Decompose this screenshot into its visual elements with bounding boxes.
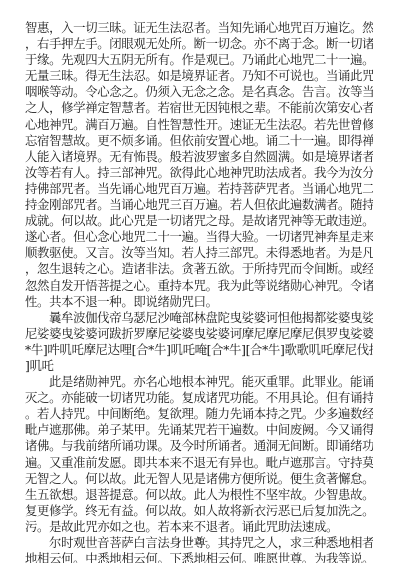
text-line: 汝等若有人。持三部神咒。欲得此心地神咒助法成者。我今为汝分别解脱之。 [25, 165, 373, 181]
text-line: 无量三昧。得无生法忍。如是境界证者。乃知不可说也。当诵此咒。不令口舌 [25, 68, 373, 84]
text-line: 。若人持咒。中间断绝。复欲理。随力先诵本持之咒。少多遍数经。发愿稽首 [25, 406, 373, 422]
text-line: 智惠，入一切三昧。证无生法忍者。当知先诵心地咒百万遍讫。然后结跏趺坐 [25, 20, 373, 36]
text-line: 灭之。亦能破一切诸咒功能。复成诸咒功能。不用具论。但有诵持。获验无量 [25, 390, 373, 406]
text-line: 污。是故此咒亦如之也。若本来不退者。诵此咒助法速成。 [25, 519, 373, 535]
text-line: 无智之人。何以故。此无智人见是诸佛方便所说。便生贪著懈怠。不勤精进。 [25, 471, 373, 487]
text-line: 毗卢遮那佛。弟子某甲。先诵某咒若干遍数。中间废阙。今又诵得若干遍。请 [25, 422, 373, 438]
text-line: 生五欲想。退菩提意。何以故。此人为根性不坚牢故。少智患故。入生死流。 [25, 487, 373, 503]
text-line: 于缘。先观四大五阴无所有。作是观已。乃诵此心地咒二十一遍。即自然得入 [25, 52, 373, 68]
text-line: 成就。何以故。此心咒是一切诸咒之母。是故诸咒神等无敢违逆。若所作者不 [25, 213, 373, 229]
text-line: ]叽吒 [25, 358, 373, 374]
text-line: 人能入诸境界。无有怖畏。般若波罗蜜多自然圆满。如是境界诸者乃知。言。 [25, 149, 373, 165]
text-line: 之人，修学禅定智慧者。若宿世无因钝根之辈。不能前次第安心者。但能空诵 [25, 100, 373, 116]
text-line: 诸佛。与我前绪所诵功课。及今时所诵者。通洞无间断。即诵绪功神咒一千八 [25, 438, 373, 454]
text-line: 地相云何。中悉地相云何。下悉地相云何。唯愿世尊。为我等说。令一切菩萨 [25, 551, 373, 563]
text-line: 持金刚部咒者。当诵心地咒三百万遍。若人但依此遍数满者。随持本咒。皆得 [25, 197, 373, 213]
text-line: 心地神咒。满百万遍。自性智慧性开。速证无生法忍。若先世曾修学。暂时废 [25, 117, 373, 133]
text-line: 遂心者。但心念心地咒二十一遍。当得大验。一切诸咒神奔星走来。无敢违不 [25, 229, 373, 245]
document-page: 智惠，入一切三昧。证无生法忍者。当知先诵心地咒百万遍讫。然后结跏趺坐，右手押左手… [25, 20, 373, 563]
text-line: *牛]吽叽吒摩尼达哩[合*牛]叽吒唵[合*牛][合*牛]歌歌叽吒摩尼伐折哩[合*… [25, 342, 373, 358]
text-line: 此是绪勋神咒。亦名心地根本神咒。能灭重罪。此罪业。能诵此咒。悉能 [25, 374, 373, 390]
text-line: 顺教驱使。又言。汝等当知。若人持三部咒。未得悉地者。为是凡夫无明炽盛 [25, 245, 373, 261]
text-line: 复更修学。终无有益。何以故。如人故将新衣污恶已后复加洗之。何以本来不 [25, 503, 373, 519]
text-line: 持佛部咒者。当先诵心地咒百万遍。若持菩萨咒者。当诵心地咒二百万遍。若 [25, 181, 373, 197]
text-line: 尼娑婆曳娑婆诃跋折罗摩尼娑婆曳娑婆诃摩尼摩尼摩尼俱罗曳娑婆诃怛侄他[合 [25, 326, 373, 342]
text-line: ，右手押左手。闭眼观无处所。断一切念。亦不离于念。断一切诸缘。亦不离 [25, 36, 373, 52]
text-line: ，忽生退转之心。造诸非法。贪著五欲。于所持咒而令间断。或经多时。于后 [25, 261, 373, 277]
text-line: 性。共本不退一种。即说绪勋咒曰。 [25, 294, 373, 310]
text-line: 曩牟波伽伐帝乌瑟尼沙唵部林盘陀曳娑婆诃怛他揭都娑婆曳娑婆诃钵头摩 [25, 310, 373, 326]
text-line: 遍。又重准前发愿。即共本来不退无有异也。毗卢遮那言。守持莫流转此咒于 [25, 455, 373, 471]
text-line: 咽喉等动。令心念之。仍须入无念之念。是名真念。告言。汝等当知。乐大乘 [25, 84, 373, 100]
page-number: - 3 - [0, 537, 398, 547]
text-line: 忘宿智慧故。更不烦多诵。但依前安置心地。诵二十一遍。即得禅定智惠。此 [25, 133, 373, 149]
text-line: 忽然自发开悟菩提之心。重持本咒。我为此等说绪勋心神咒。令诸众生无间断 [25, 278, 373, 294]
